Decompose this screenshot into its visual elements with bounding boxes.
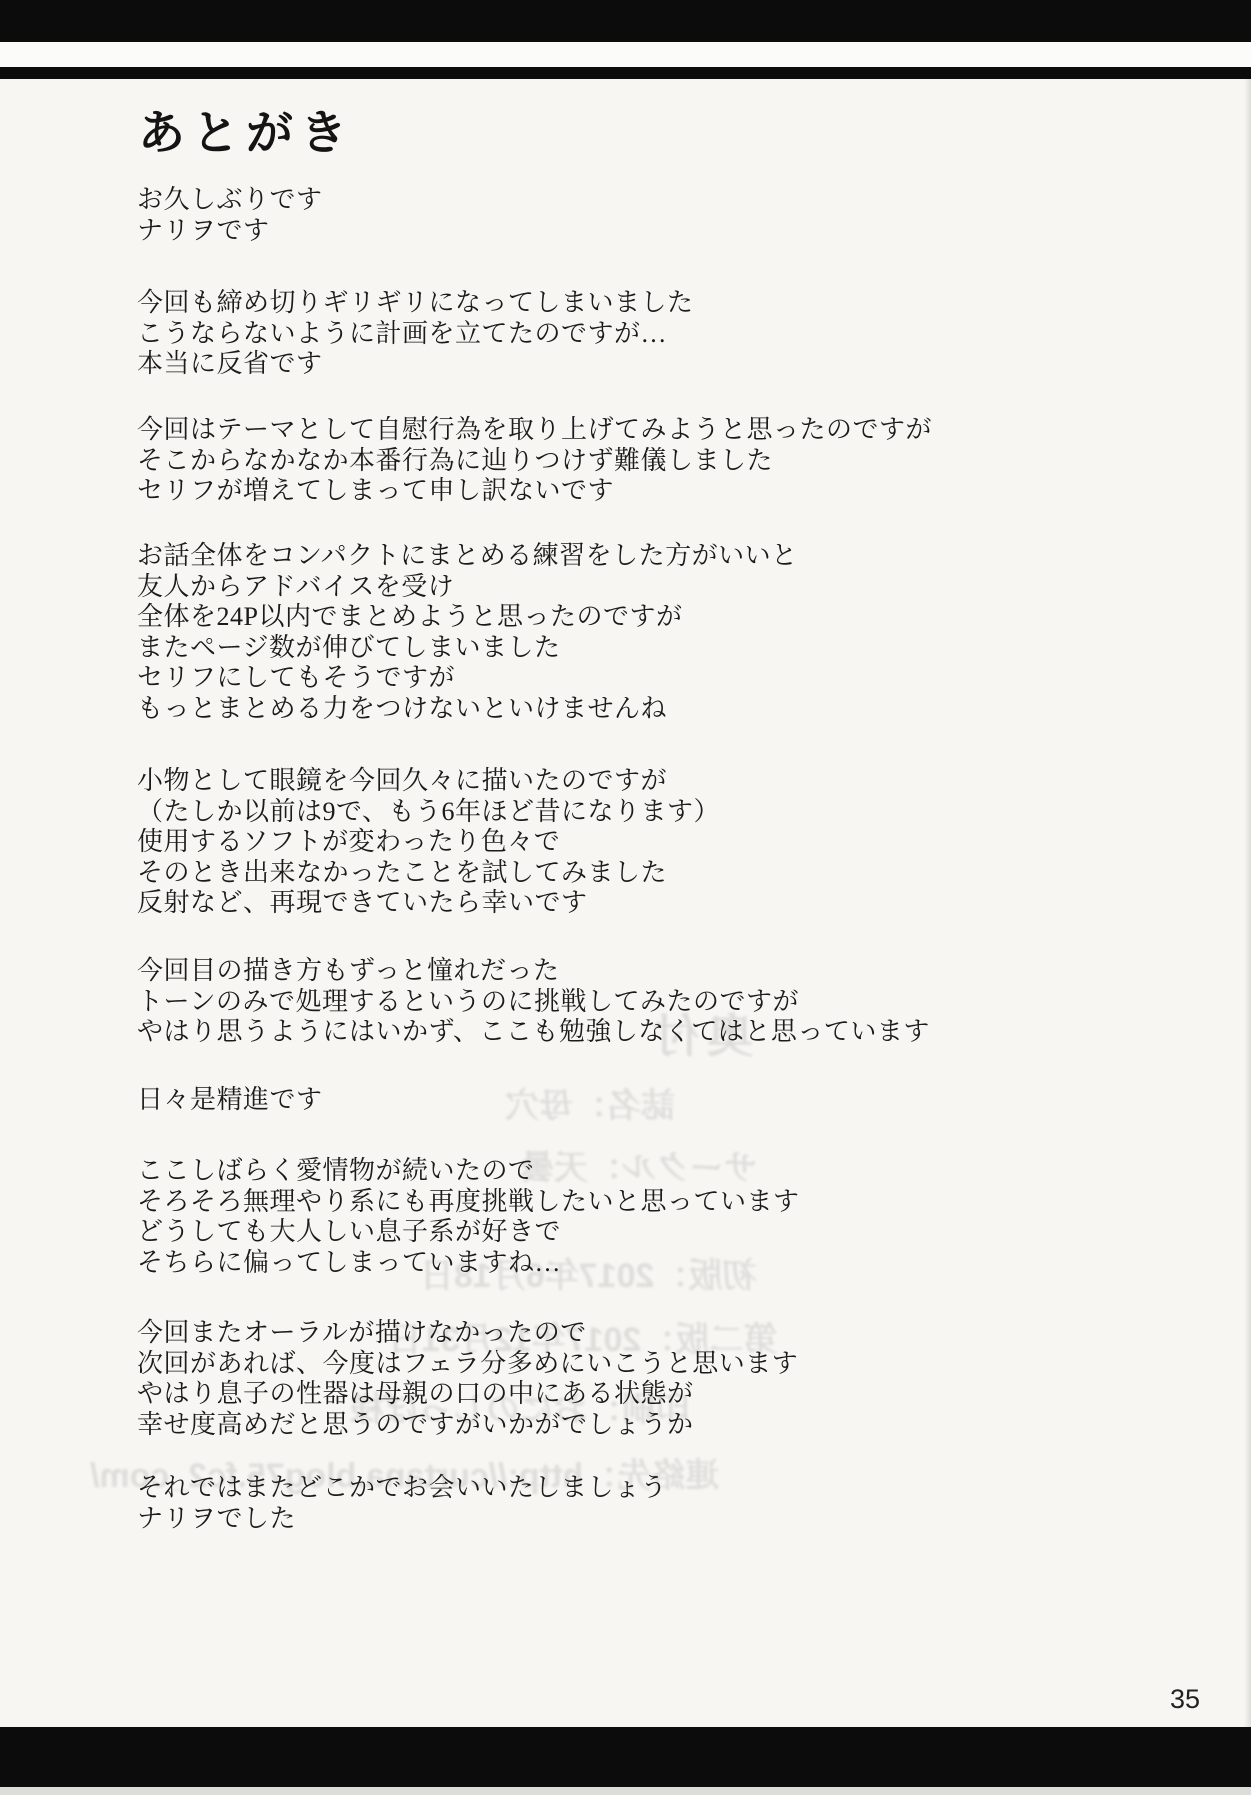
afterword-line: やはり息子の性器は母親の口の中にある状態が (137, 1379, 798, 1410)
page-title: あとがき (138, 96, 354, 163)
afterword-line: そちらに偏ってしまっていますね… (137, 1248, 800, 1279)
afterword-line: こうならないように計画を立てたのですが… (137, 319, 694, 350)
afterword-line: どうしても大人しい息子系が好きで (137, 1217, 800, 1248)
afterword-body: お久しぶりですナリヲです今回も締め切りギリギリになってしまいましたこうならないよ… (0, 0, 1251, 1795)
afterword-line: トーンのみで処理するというのに挑戦してみたのですが (137, 987, 930, 1018)
afterword-line: セリフにしてもそうですが (137, 663, 798, 694)
afterword-line: そのとき出来なかったことを試してみました (137, 858, 720, 889)
afterword-paragraph: 今回も締め切りギリギリになってしまいましたこうならないように計画を立てたのですが… (137, 288, 694, 380)
afterword-line: 幸せ度高めだと思うのですがいかがでしょうか (137, 1410, 798, 1441)
page-number: 35 (1170, 1684, 1200, 1715)
afterword-paragraph: 今回はテーマとして自慰行為を取り上げてみようと思ったのですがそこからなかなか本番… (137, 415, 932, 507)
afterword-line: もっとまとめる力をつけないといけませんね (137, 694, 798, 725)
afterword-line: 次回があれば、今度はフェラ分多めにいこうと思います (137, 1349, 798, 1380)
afterword-line: 本当に反省です (137, 349, 694, 380)
afterword-line: （たしか以前は9で、もう6年ほど昔になります） (137, 797, 720, 828)
afterword-line: そろそろ無理やり系にも再度挑戦したいと思っています (137, 1187, 800, 1218)
afterword-paragraph: 日々是精進です (137, 1085, 323, 1116)
afterword-line: ここしばらく愛情物が続いたので (137, 1156, 800, 1187)
afterword-paragraph: ここしばらく愛情物が続いたのでそろそろ無理やり系にも再度挑戦したいと思っています… (137, 1156, 800, 1278)
afterword-paragraph: 今回またオーラルが描けなかったので次回があれば、今度はフェラ分多めにいこうと思い… (137, 1318, 798, 1440)
afterword-line: 今回またオーラルが描けなかったので (137, 1318, 798, 1349)
afterword-line: 反射など、再現できていたら幸いです (137, 888, 720, 919)
afterword-line: またページ数が伸びてしまいました (137, 633, 798, 664)
afterword-line: お話全体をコンパクトにまとめる練習をした方がいいと (137, 541, 798, 572)
afterword-line: 日々是精進です (137, 1085, 323, 1116)
scanned-afterword-page: 奥付 誌名：母穴サークル：天曇初版：2017年6月18日第二版：2017年12月… (0, 0, 1251, 1795)
afterword-paragraph: お久しぶりですナリヲです (137, 185, 323, 246)
afterword-paragraph: 今回目の描き方もずっと憧れだったトーンのみで処理するというのに挑戦してみたのです… (137, 956, 930, 1048)
afterword-line: やはり思うようにはいかず、ここも勉強しなくてはと思っています (137, 1017, 930, 1048)
afterword-line: そこからなかなか本番行為に辿りつけず難儀しました (137, 446, 932, 477)
afterword-line: 使用するソフトが変わったり色々で (137, 827, 720, 858)
afterword-line: お久しぶりです (137, 185, 323, 216)
afterword-line: ナリヲでした (137, 1504, 667, 1535)
afterword-line: 小物として眼鏡を今回久々に描いたのですが (137, 766, 720, 797)
afterword-paragraph: お話全体をコンパクトにまとめる練習をした方がいいと友人からアドバイスを受け全体を… (137, 541, 798, 724)
afterword-line: セリフが増えてしまって申し訳ないです (137, 476, 932, 507)
afterword-line: ナリヲです (137, 216, 323, 247)
afterword-line: それではまたどこかでお会いいたしましょう (137, 1473, 667, 1504)
afterword-paragraph: 小物として眼鏡を今回久々に描いたのですが（たしか以前は9で、もう6年ほど昔になり… (137, 766, 720, 919)
afterword-line: 今回も締め切りギリギリになってしまいました (137, 288, 694, 319)
afterword-line: 友人からアドバイスを受け (137, 572, 798, 603)
afterword-line: 今回はテーマとして自慰行為を取り上げてみようと思ったのですが (137, 415, 932, 446)
afterword-line: 今回目の描き方もずっと憧れだった (137, 956, 930, 987)
afterword-paragraph: それではまたどこかでお会いいたしましょうナリヲでした (137, 1473, 667, 1534)
afterword-line: 全体を24P以内でまとめようと思ったのですが (137, 602, 798, 633)
